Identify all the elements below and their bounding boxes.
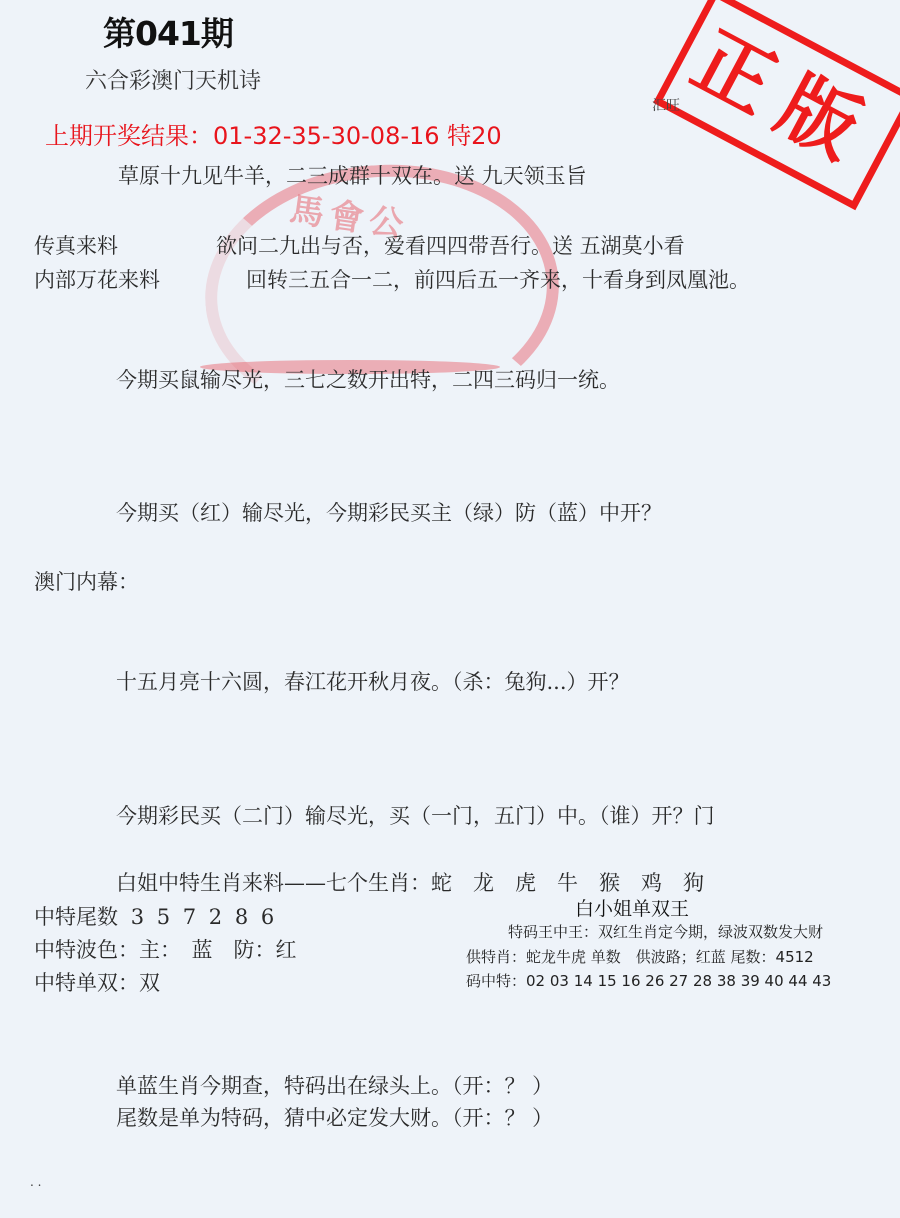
inner-label: 内部万花来料 — [34, 264, 160, 294]
fax-text: 欲问二九出与否，爱看四四带吾行。送 五湖莫小看 — [216, 230, 685, 260]
door-line: 今期彩民买（二门）输尽光，买（一门，五门）中。（谁）开？门 — [116, 800, 715, 830]
footer-dots: . . — [30, 1175, 41, 1189]
authentic-stamp: 正版 — [653, 0, 900, 210]
moon-line: 十五月亮十六圆，春江花开秋月夜。（杀：兔狗...）开？ — [116, 666, 630, 696]
tail-row: 中特尾数 3 5 7 2 8 6 — [34, 901, 277, 931]
inner-text: 回转三五合一二，前四后五一齐来，十看身到凤凰池。 — [246, 264, 750, 294]
stamp-text: 正版 — [681, 20, 887, 179]
box-line-1: 特码王中王：双红生肖定今期，绿波双数发大财 — [508, 921, 823, 942]
wave-color: 中特波色：主： 蓝 防：红 — [34, 934, 297, 964]
fax-label: 传真来料 — [34, 230, 118, 260]
footer-line-1: 单蓝生肖今期查，特码出在绿头上。（开：？ ） — [116, 1070, 553, 1100]
rat-line: 今期买鼠输尽光，三七之数开出特，二四三码归一统。 — [116, 364, 620, 394]
macau-label: 澳门内幕： — [34, 566, 139, 596]
poem-line-1: 草原十九见牛羊，二三成群十双在。送 九天领玉旨 — [118, 160, 587, 190]
odd-even: 中特单双：双 — [34, 967, 160, 997]
last-draw-result: 上期开奖结果：01-32-35-30-08-16 特20 — [45, 116, 502, 151]
issue-number: 第041期 — [103, 8, 233, 55]
tail-values: 3 5 7 2 8 6 — [131, 905, 278, 929]
stamp-overlap-text: 汇旺 — [652, 95, 680, 115]
color-line: 今期买（红）输尽光，今期彩民买主（绿）防（蓝）中开？ — [116, 497, 662, 527]
tail-label: 中特尾数 — [34, 905, 118, 929]
page-subtitle: 六合彩澳门天机诗 — [85, 64, 261, 95]
box-line-3: 码中特：02 03 14 15 16 26 27 28 38 39 40 44 … — [466, 970, 831, 991]
zodiac-line: 白姐中特生肖来料——七个生肖：蛇 龙 虎 牛 猴 鸡 狗 — [116, 867, 704, 897]
box-line-2: 供特肖：蛇龙牛虎 单数 供波路；红蓝 尾数：4512 — [466, 946, 814, 967]
footer-line-2: 尾数是单为特码，猜中必定发大财。（开：？ ） — [116, 1102, 553, 1132]
box-title: 白小姐单双王 — [575, 894, 689, 921]
